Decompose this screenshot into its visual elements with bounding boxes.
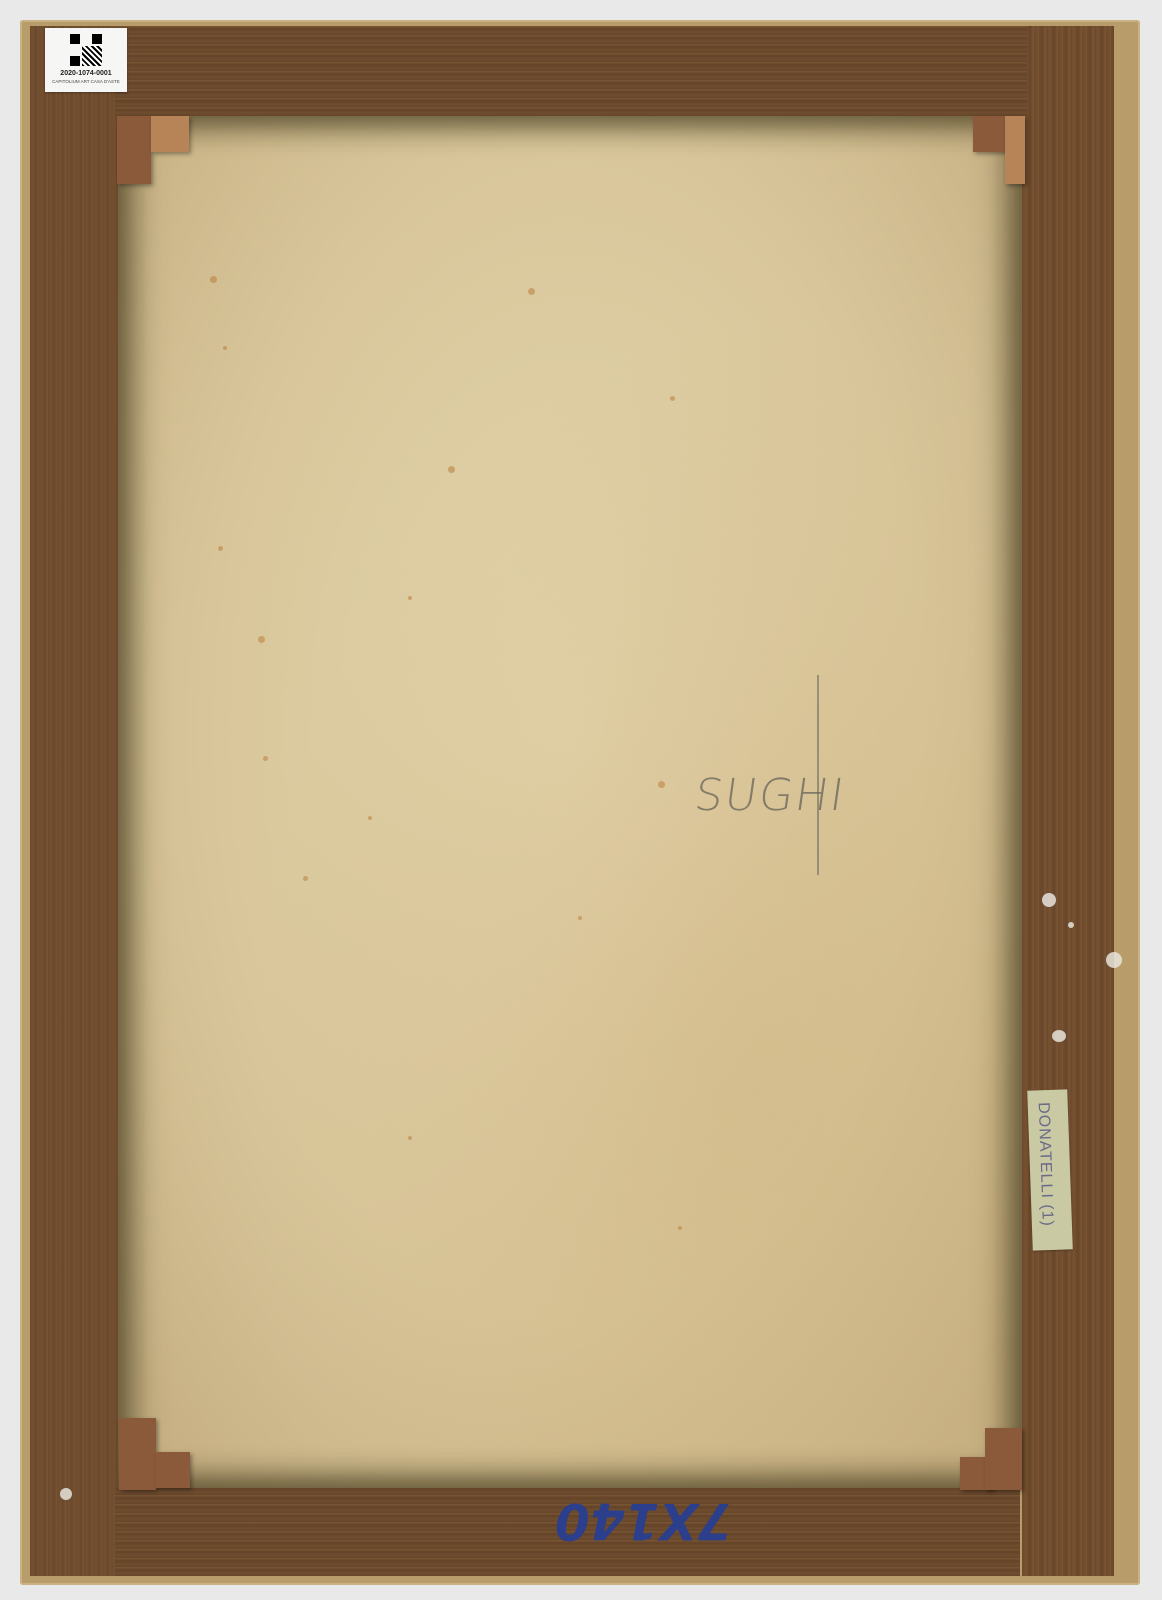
inventory-id: 2020-1074-0001	[45, 69, 127, 78]
tape-label: DONATELLI (1)	[1027, 1089, 1073, 1250]
auction-house-name: CAPITOLIUM ART CASA D'ASTE	[45, 78, 127, 85]
stretcher-bar-right	[1022, 26, 1114, 1576]
corner-key-bottom-right-b	[985, 1428, 1022, 1490]
pencil-signature: SUGHI	[691, 770, 848, 821]
paint-splatter	[1106, 952, 1122, 968]
corner-key-bottom-left-b	[156, 1452, 190, 1488]
corner-key-top-left-b	[151, 116, 189, 152]
corner-key-top-right-b	[1005, 116, 1025, 184]
corner-key-bottom-left-a	[119, 1418, 156, 1490]
canvas-back	[118, 116, 1022, 1488]
qr-code-icon	[70, 34, 102, 66]
paint-splatter	[1052, 1030, 1066, 1042]
corner-key-top-left-a	[117, 116, 151, 184]
corner-key-top-right-a	[973, 116, 1008, 152]
blue-marker-inscription: 7X140	[555, 1492, 733, 1550]
inventory-label: 2020-1074-0001 CAPITOLIUM ART CASA D'AST…	[45, 28, 127, 92]
stretcher-bar-top	[115, 26, 1027, 116]
paint-splatter	[1068, 922, 1074, 928]
paint-splatter	[60, 1488, 72, 1500]
tape-label-text: DONATELLI (1)	[1034, 1102, 1056, 1227]
paint-splatter	[1042, 893, 1056, 907]
stretcher-bar-left	[30, 26, 118, 1576]
